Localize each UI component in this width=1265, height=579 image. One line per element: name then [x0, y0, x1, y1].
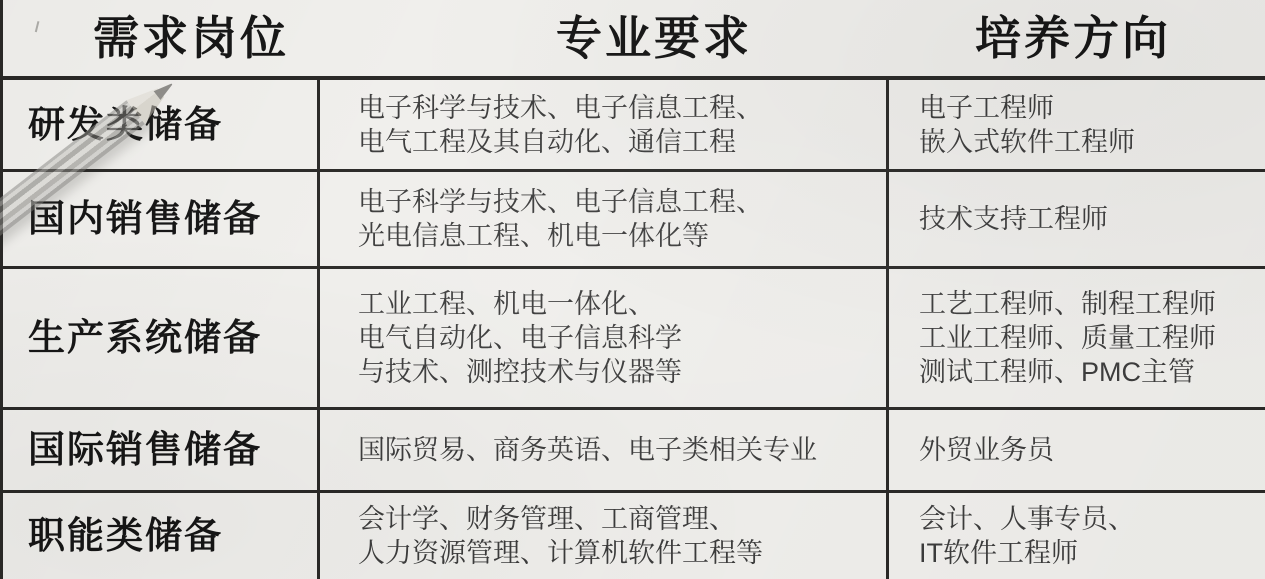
table-row-position-cell: 研发类储备 — [3, 80, 317, 169]
position-label: 生产系统储备 — [28, 317, 262, 359]
majors-line: 电气自动化、电子信息科学 — [358, 321, 682, 355]
direction-line: 技术支持工程师 — [919, 202, 1108, 236]
table-row-position-cell: 国内销售储备 — [3, 172, 317, 266]
table-row-position-cell: 国际销售储备 — [3, 410, 317, 490]
majors-line: 电气工程及其自动化、通信工程 — [358, 125, 736, 159]
direction-line: 会计、人事专员、 — [919, 502, 1135, 536]
direction-line: 工艺工程师、制程工程师 — [919, 287, 1216, 321]
direction-line: 外贸业务员 — [919, 433, 1054, 467]
column-header-major-requirements: 专业要求 — [556, 13, 752, 63]
majors-line: 电子科学与技术、电子信息工程、 — [358, 185, 763, 219]
majors-line: 光电信息工程、机电一体化等 — [358, 219, 709, 253]
table-row-directions-cell: 外贸业务员 — [889, 410, 1265, 490]
table-row-majors-cell: 工业工程、机电一体化、 电气自动化、电子信息科学 与技术、测控技术与仪器等 — [320, 269, 886, 407]
table-row-majors-cell: 国际贸易、商务英语、电子类相关专业 — [320, 410, 886, 490]
position-label: 国内销售储备 — [28, 198, 262, 240]
majors-line: 国际贸易、商务英语、电子类相关专业 — [358, 433, 817, 467]
table-row-directions-cell: 会计、人事专员、 IT软件工程师 — [889, 493, 1265, 579]
majors-line: 人力资源管理、计算机软件工程等 — [358, 536, 763, 570]
majors-line: 工业工程、机电一体化、 — [358, 287, 655, 321]
table-row-position-cell: 职能类储备 — [3, 493, 317, 579]
direction-line: 测试工程师、PMC主管 — [919, 355, 1195, 389]
majors-line: 与技术、测控技术与仪器等 — [358, 355, 682, 389]
table-row-directions-cell: 电子工程师 嵌入式软件工程师 — [889, 80, 1265, 169]
direction-line: 工业工程师、质量工程师 — [919, 321, 1216, 355]
table-row-position-cell: 生产系统储备 — [3, 269, 317, 407]
table-row-majors-cell: 电子科学与技术、电子信息工程、 光电信息工程、机电一体化等 — [320, 172, 886, 266]
column-header-position: 需求岗位 — [93, 13, 289, 63]
position-label: 职能类储备 — [28, 515, 223, 557]
direction-line: IT软件工程师 — [919, 536, 1078, 570]
direction-line: 嵌入式软件工程师 — [919, 125, 1135, 159]
direction-line: 电子工程师 — [919, 91, 1054, 125]
table-row-majors-cell: 电子科学与技术、电子信息工程、 电气工程及其自动化、通信工程 — [320, 80, 886, 169]
table-row-majors-cell: 会计学、财务管理、工商管理、 人力资源管理、计算机软件工程等 — [320, 493, 886, 579]
position-label: 国际销售储备 — [28, 429, 262, 471]
recruitment-positions-table: 需求岗位 专业要求 培养方向 研发类储备 电子科学与技术、电子信息工程、 电气工… — [0, 0, 1265, 579]
table-row-directions-cell: 技术支持工程师 — [889, 172, 1265, 266]
majors-line: 电子科学与技术、电子信息工程、 — [358, 91, 763, 125]
ink-speck — [35, 21, 46, 34]
position-label: 研发类储备 — [28, 104, 223, 146]
majors-line: 会计学、财务管理、工商管理、 — [358, 502, 736, 536]
column-header-training-direction: 培养方向 — [975, 13, 1171, 63]
table-row-directions-cell: 工艺工程师、制程工程师 工业工程师、质量工程师 测试工程师、PMC主管 — [889, 269, 1265, 407]
